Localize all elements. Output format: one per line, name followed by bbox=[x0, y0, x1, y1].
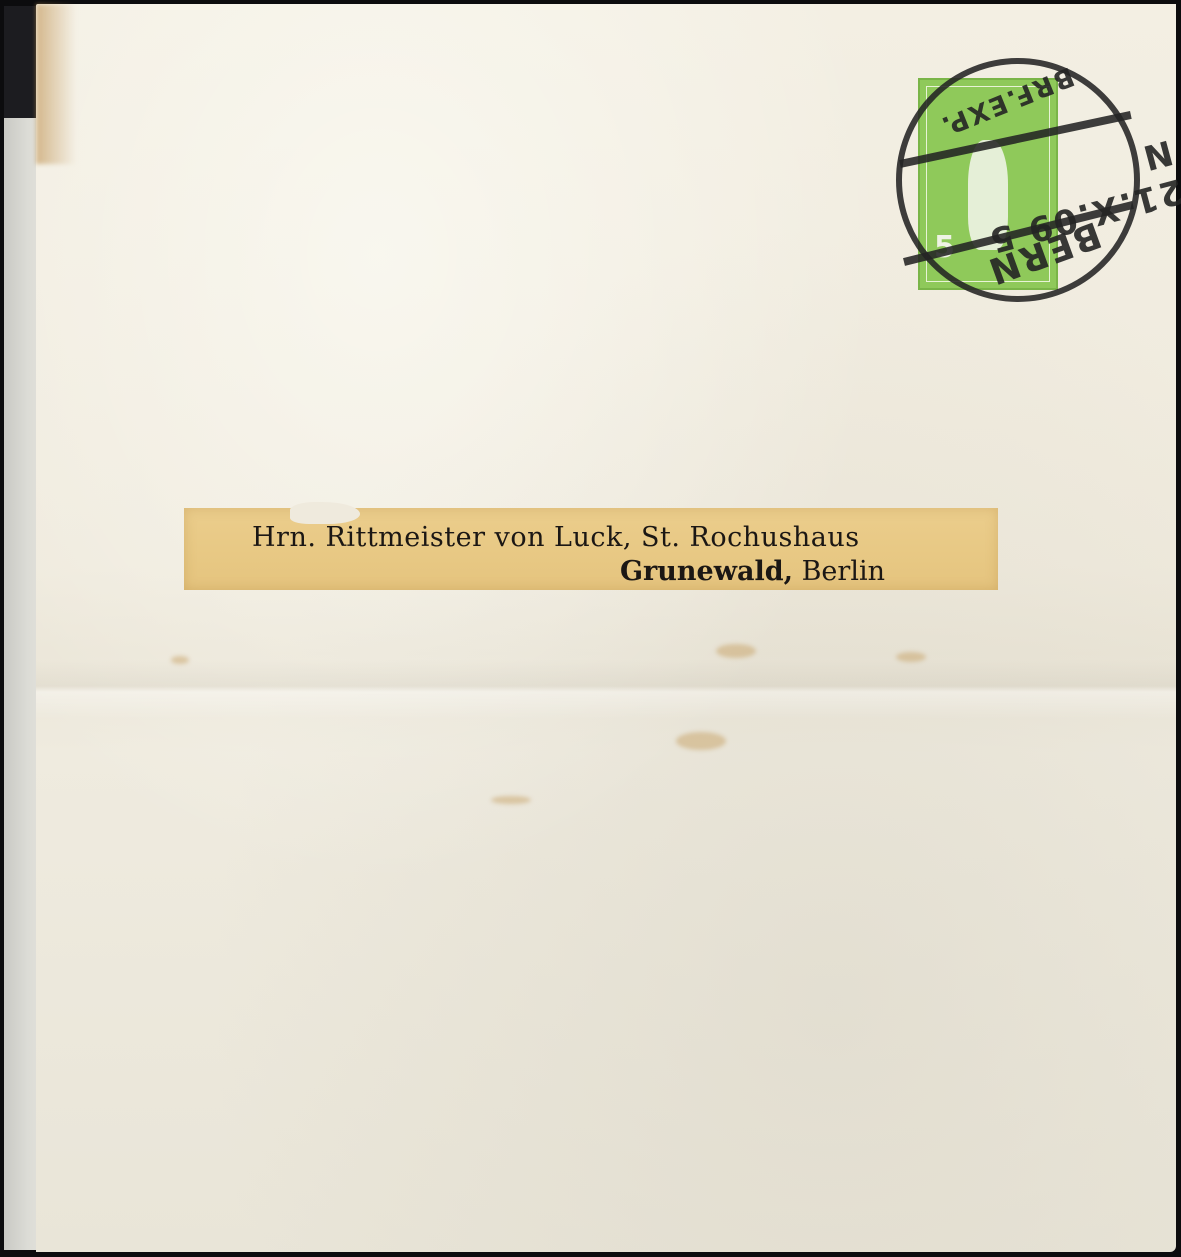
stain-edge bbox=[36, 4, 76, 164]
stain bbox=[676, 732, 726, 750]
address-line-2: Grunewald, Berlin bbox=[620, 556, 885, 587]
address-region: Berlin bbox=[802, 556, 885, 587]
address-city: Grunewald, bbox=[620, 556, 793, 587]
background-edge-dark bbox=[4, 6, 38, 118]
stain bbox=[896, 652, 926, 662]
label-tear bbox=[290, 502, 360, 524]
stain bbox=[716, 644, 756, 658]
paper-fold bbox=[36, 659, 1176, 719]
address-line-1: Hrn. Rittmeister von Luck, St. Rochushau… bbox=[252, 522, 860, 553]
stain bbox=[171, 656, 189, 664]
stain bbox=[491, 796, 531, 804]
